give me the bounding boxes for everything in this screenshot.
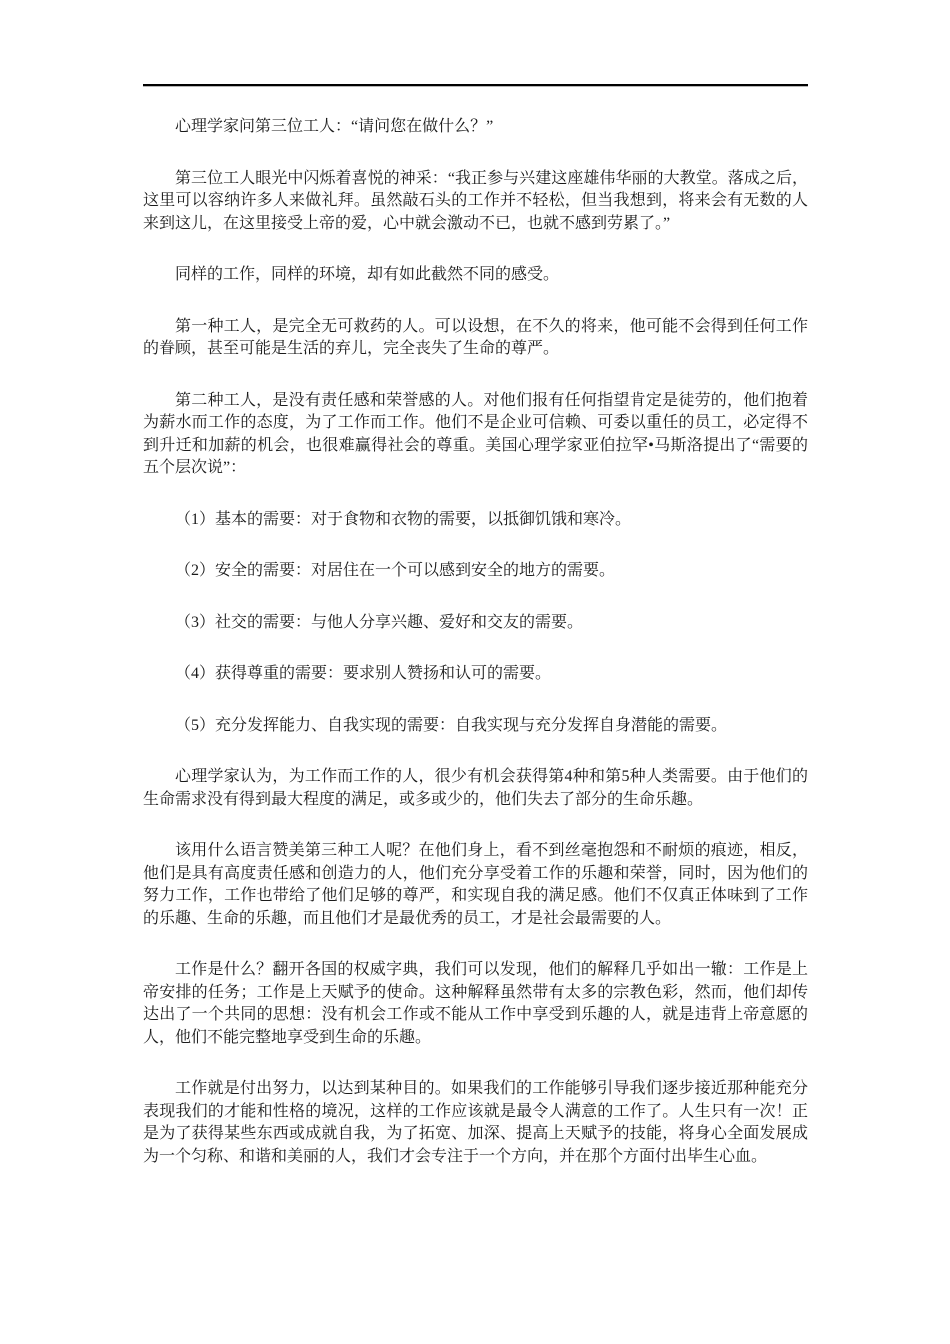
paragraph: 第一种工人，是完全无可救药的人。可以设想，在不久的将来，他可能不会得到任何工作的… [143,316,808,361]
document-page: 心理学家问第三位工人：“请问您在做什么？” 第三位工人眼光中闪烁着喜悦的神采：“… [0,0,950,1344]
paragraph: 同样的工作，同样的环境，却有如此截然不同的感受。 [143,264,808,287]
list-item: （2）安全的需要：对居住在一个可以感到安全的地方的需要。 [143,560,808,583]
paragraph: 心理学家认为，为工作而工作的人，很少有机会获得第4种和第5种人类需要。由于他们的… [143,766,808,811]
paragraph: 工作是什么？翻开各国的权威字典，我们可以发现，他们的解释几乎如出一辙：工作是上帝… [143,959,808,1049]
list-item: （4）获得尊重的需要：要求别人赞扬和认可的需要。 [143,663,808,686]
list-item: （3）社交的需要：与他人分享兴趣、爱好和交友的需要。 [143,612,808,635]
paragraph: 工作就是付出努力，以达到某种目的。如果我们的工作能够引导我们逐步接近那种能充分表… [143,1078,808,1168]
paragraph: 心理学家问第三位工人：“请问您在做什么？” [143,116,808,139]
paragraph: 第二种工人，是没有责任感和荣誉感的人。对他们报有任何指望肯定是徒劳的，他们抱着为… [143,390,808,480]
paragraph: 该用什么语言赞美第三种工人呢？在他们身上，看不到丝毫抱怨和不耐烦的痕迹，相反，他… [143,840,808,930]
paragraph: 第三位工人眼光中闪烁着喜悦的神采：“我正参与兴建这座雄伟华丽的大教堂。落成之后，… [143,168,808,236]
document-body: 心理学家问第三位工人：“请问您在做什么？” 第三位工人眼光中闪烁着喜悦的神采：“… [143,116,808,1168]
list-item: （5）充分发挥能力、自我实现的需要：自我实现与充分发挥自身潜能的需要。 [143,715,808,738]
list-item: （1）基本的需要：对于食物和衣物的需要，以抵御饥饿和寒冷。 [143,509,808,532]
header-rule [143,84,808,87]
